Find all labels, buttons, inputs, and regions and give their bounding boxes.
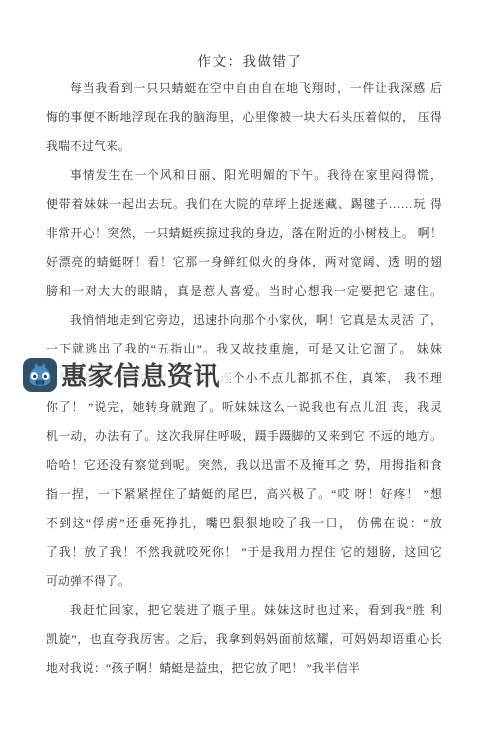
text-line: 膀和一对大大的眼睛，真是惹人喜爱。当时心想我一定要把它 逮住。 [46, 277, 442, 306]
text-line: 哈哈！它还没有察觉到呢。突然，我以迅雷不及掩耳之 势，用拇指和食 [46, 451, 442, 480]
text-line: 我赶忙回家，把它装进了瓶子里。妹妹这时也过来，看到我“胜 利 [46, 596, 442, 625]
text-line: 了我！放了我！不然我就咬死你！ ”于是我用力捏住 它的翅膀，这回它 [46, 538, 442, 567]
text-line: 事情发生在一个风和日丽、阳光明媚的下午。我待在家里闷得慌， [46, 161, 442, 190]
text-line: 机一动，办法有了。这次我屏住呼吸，蹑手蹑脚的又来到它 不远的地方。 [46, 422, 442, 451]
document-page: 作文：我做错了 每当我看到一只只蜻蜓在空中自由自在地飞翔时，一件让我深感 后悔的… [0, 0, 500, 732]
essay-title: 作文：我做错了 [0, 50, 500, 70]
text-line: 非常开心！突然，一只蜻蜓疾掠过我的身边，落在附近的小树枝上。 啊！ [46, 219, 442, 248]
text-line: 地对我说：“孩子啊！蜻蜓是益虫，把它放了吧！ ”我半信半 [46, 654, 442, 683]
watermark: 惠家信息资讯 [20, 353, 230, 396]
text-line: 便带着妹妹一起出去玩。我们在大院的草坪上捉迷藏、踢毽子……玩 得 [46, 190, 442, 219]
text-line: 我悄悄地走到它旁边，迅速扑向那个小家伙，啊！它真是太灵活 了， [46, 306, 442, 335]
text-line: 可动弹不得了。 [46, 567, 442, 596]
text-line: 不到这“俘虏”还垂死挣扎，嘴巴狠狠地咬了我一口， 仿佛在说：“放 [46, 509, 442, 538]
robot-face-icon [23, 358, 57, 392]
text-line: 每当我看到一只只蜻蜓在空中自由自在地飞翔时，一件让我深感 后 [46, 74, 442, 103]
watermark-label: 惠家信息资讯 [61, 356, 220, 393]
text-line: 凯旋”，也直夸我厉害。之后，我拿到妈妈面前炫耀，可妈妈却语重心长 [46, 625, 442, 654]
text-line: 你了！ ”说完，她转身就跑了。听妹妹这么一说我也有点儿沮 丧，我灵 [46, 393, 442, 422]
text-line: 我喘不过气来。 [46, 132, 442, 161]
text-line: 好漂亮的蜻蜓呀！看！它那一身鲜红似火的身体，两对宽阔、透 明的翅 [46, 248, 442, 277]
text-line: 悔的事便不断地浮现在我的脑海里，心里像被一块大石头压着似的， 压得 [46, 103, 442, 132]
text-line: 指一捏，一下紧紧捏住了蜻蜓的尾巴，高兴极了。“哎 呀！好疼！ ”想 [46, 480, 442, 509]
